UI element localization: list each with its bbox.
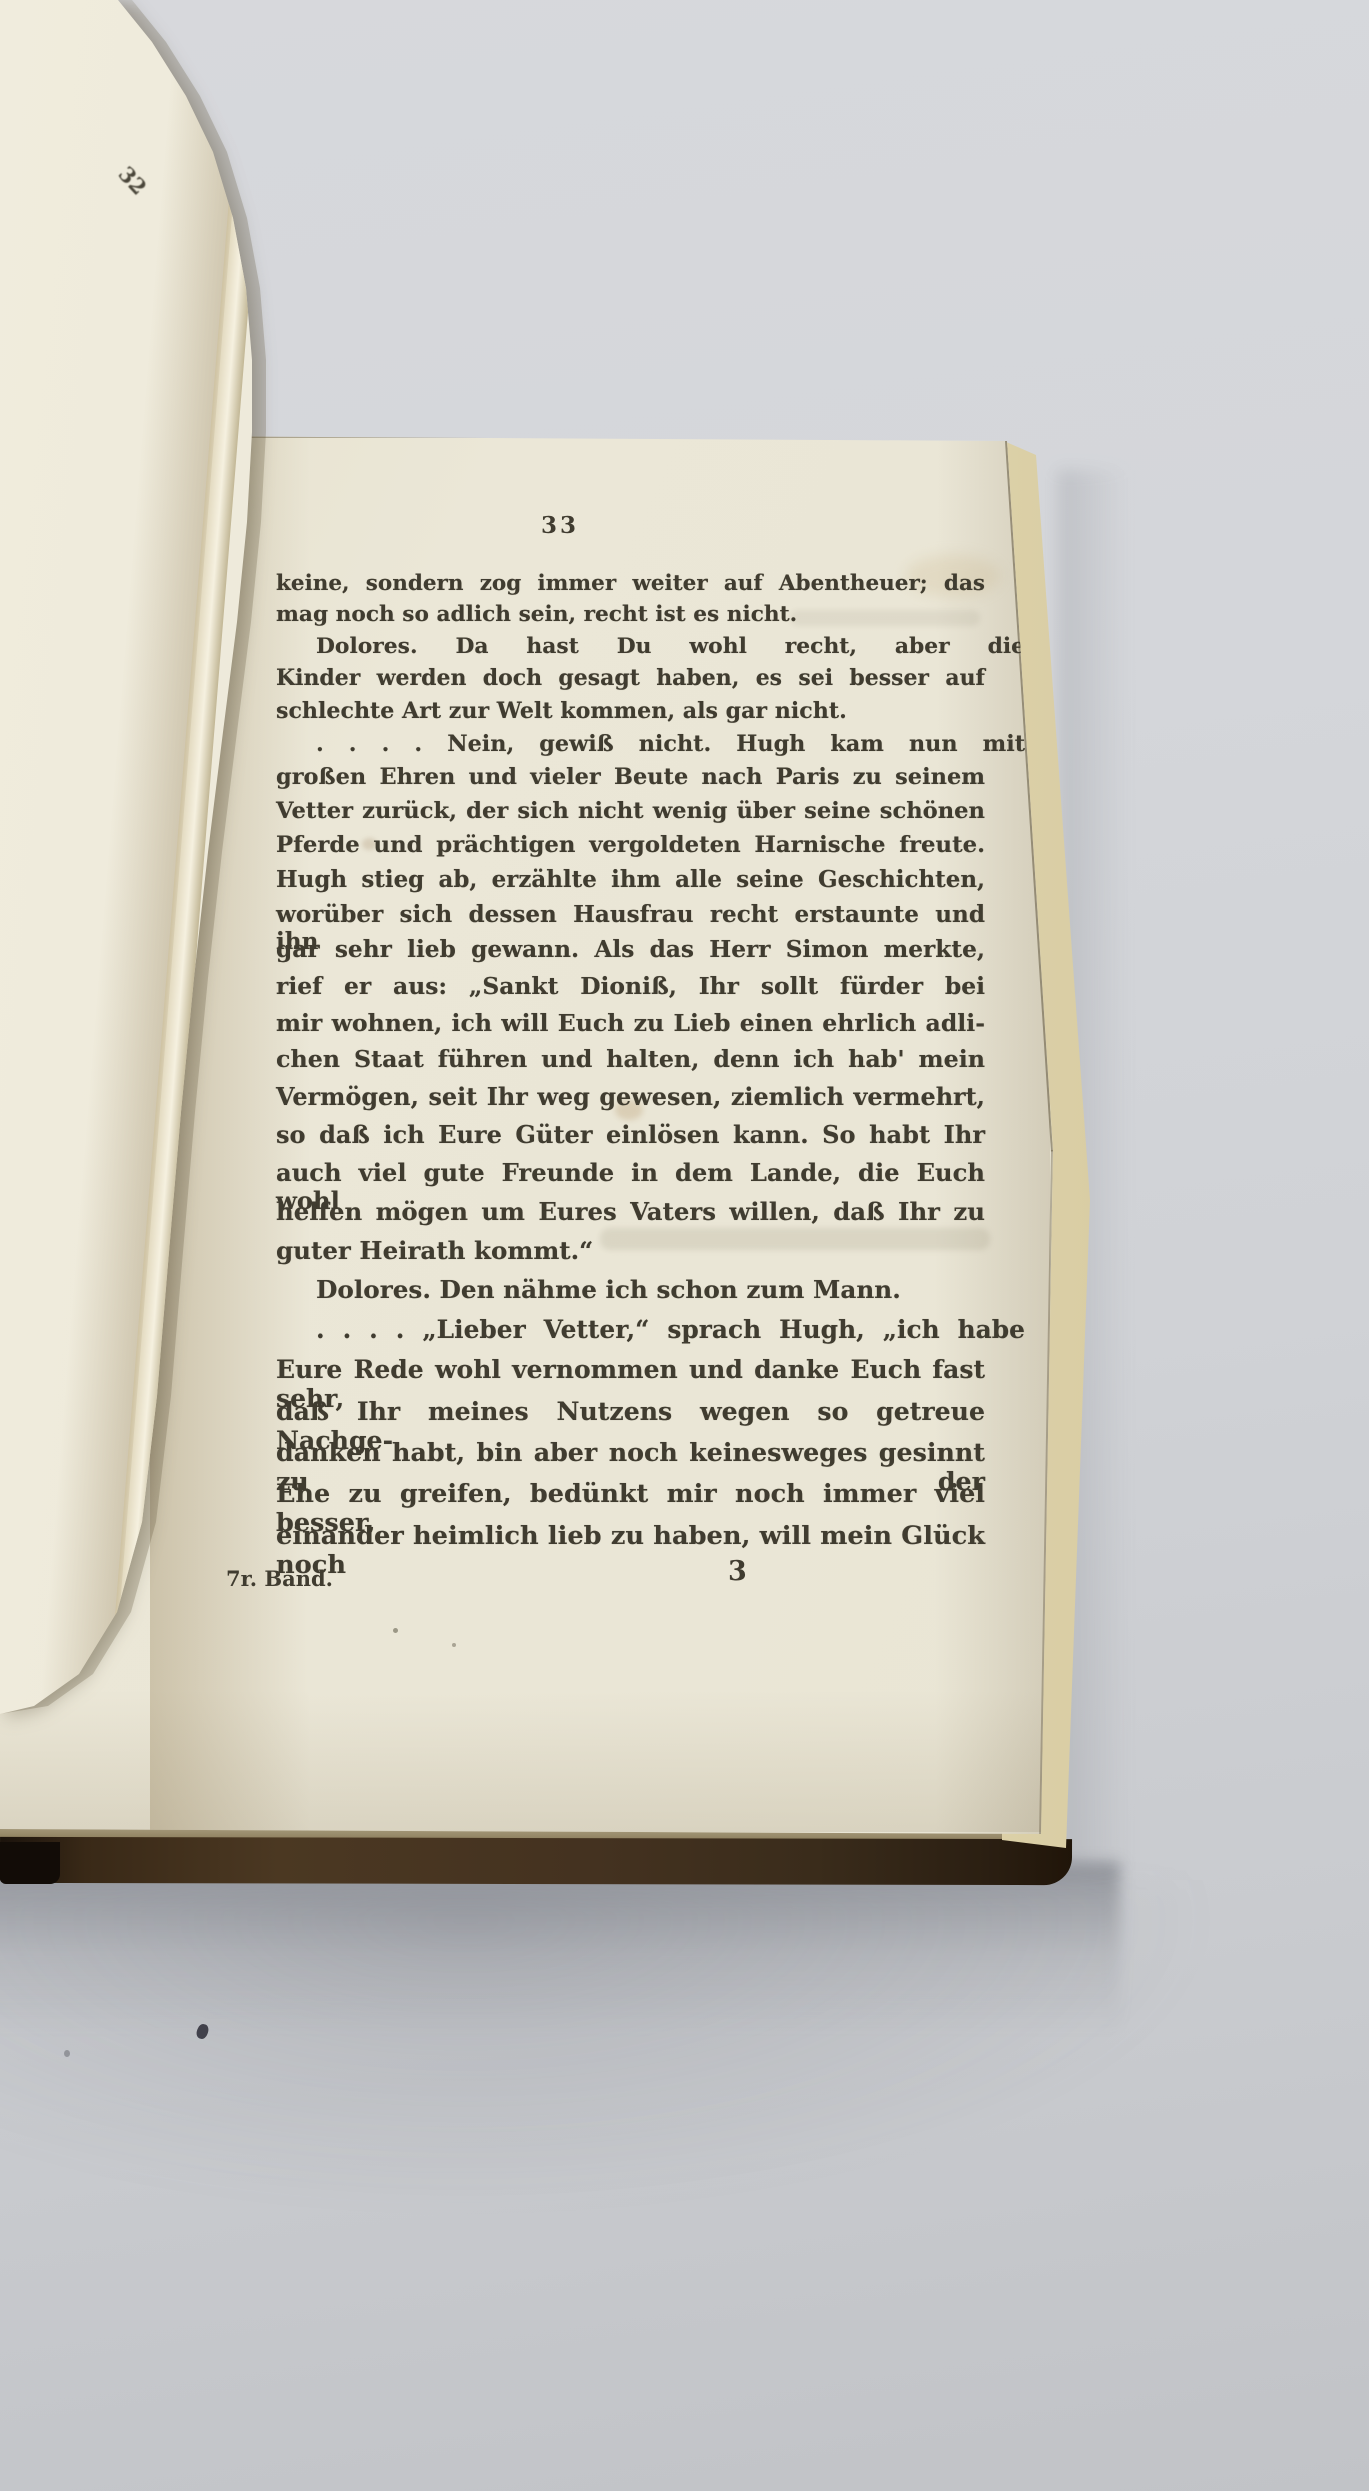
turning-page-wrap: 32 sie ans Bein gAlso säumte siahlzeit n… (0, 0, 1369, 2491)
dust-speck (64, 2050, 70, 2057)
turning-page: 32 sie ans Bein gAlso säumte siahlzeit n… (0, 0, 1369, 2491)
photo-canvas: 33 keine, sondern zog immer weiter auf A… (0, 0, 1369, 2491)
turning-page-number: 32 (114, 161, 152, 199)
